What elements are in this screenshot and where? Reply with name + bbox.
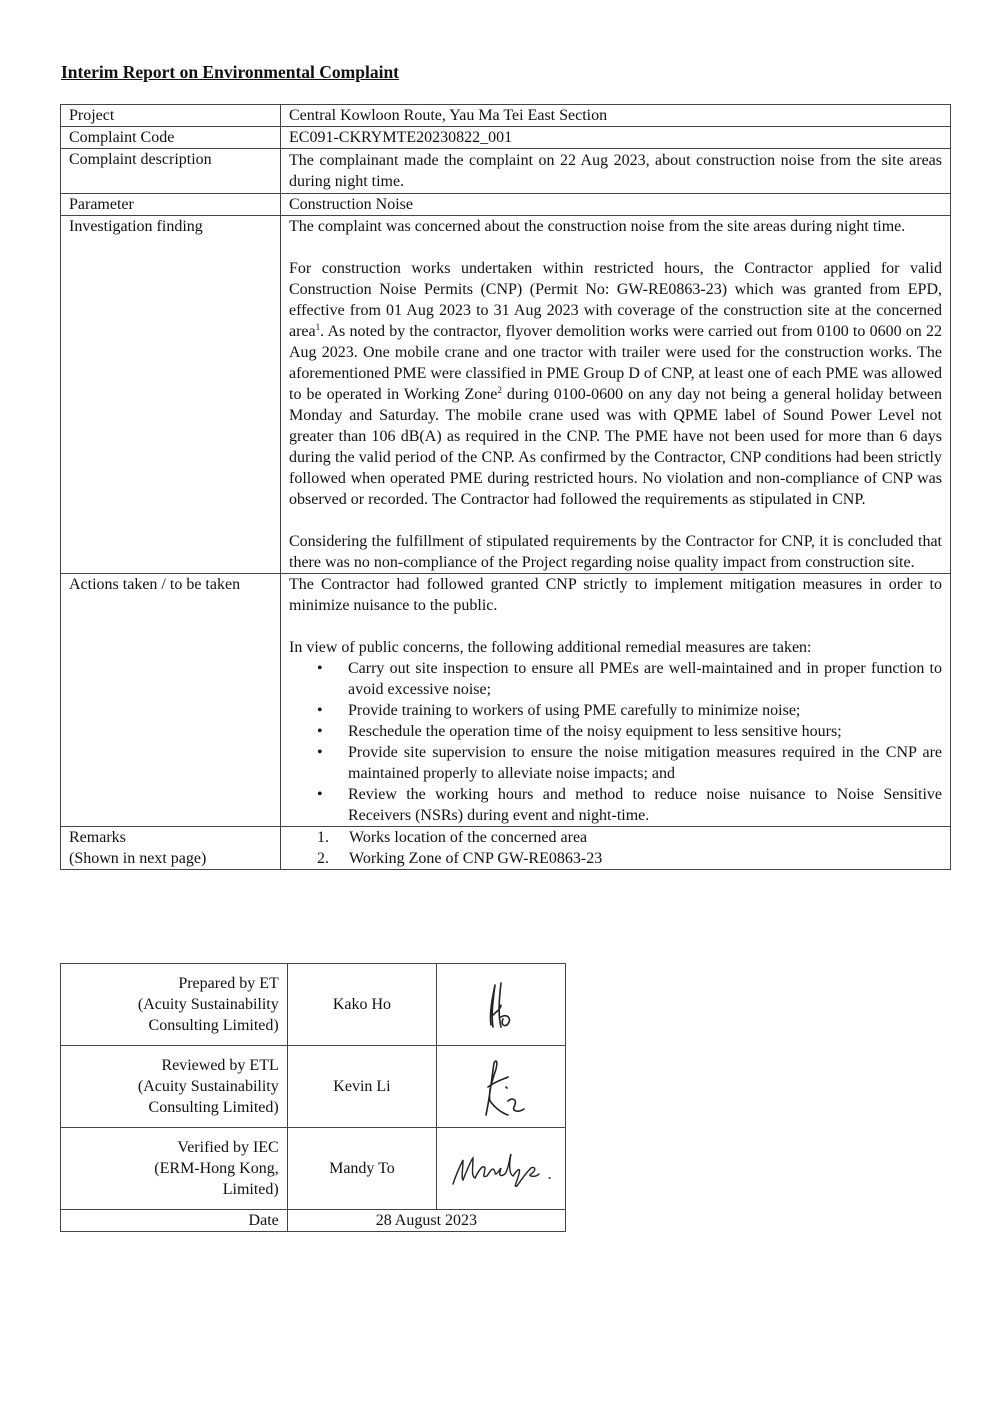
finding-paragraph-2: For construction works undertaken within… — [289, 258, 942, 510]
parameter-value: Construction Noise — [281, 194, 951, 216]
finding-paragraph-3: Considering the fulfillment of stipulate… — [289, 531, 942, 573]
signoff-name: Kako Ho — [287, 964, 436, 1046]
finding-text: during 0100-0600 on any day not being a … — [289, 386, 942, 508]
actions-paragraph-2: In view of public concerns, the followin… — [289, 637, 942, 658]
list-item: Carry out site inspection to ensure all … — [348, 658, 942, 700]
signoff-table: Prepared by ET (Acuity Sustainability Co… — [60, 963, 566, 1232]
complaint-description-label: Complaint description — [61, 149, 281, 194]
list-number: 1. — [317, 827, 329, 848]
role-line: (Acuity Sustainability — [69, 994, 279, 1015]
remarks-value: 1.Works location of the concerned area 2… — [281, 827, 951, 870]
list-item: 2.Working Zone of CNP GW-RE0863-23 — [349, 848, 942, 869]
investigation-finding-value: The complaint was concerned about the co… — [281, 216, 951, 574]
parameter-label: Parameter — [61, 194, 281, 216]
table-row-description: Complaint description The complainant ma… — [61, 149, 951, 194]
table-row-remarks: Remarks (Shown in next page) 1.Works loc… — [61, 827, 951, 870]
date-value: 28 August 2023 — [287, 1210, 565, 1232]
project-label: Project — [61, 105, 281, 127]
signoff-name: Kevin Li — [287, 1046, 436, 1128]
signature-icon — [437, 1128, 566, 1210]
complaint-code-label: Complaint Code — [61, 127, 281, 149]
signature-icon — [437, 1046, 566, 1128]
list-text: Works location of the concerned area — [349, 829, 587, 846]
list-item: Review the working hours and method to r… — [348, 784, 942, 826]
role-line: Limited) — [69, 1179, 279, 1200]
list-item: Provide training to workers of using PME… — [348, 700, 942, 721]
table-row-actions: Actions taken / to be taken The Contract… — [61, 574, 951, 827]
role-line: Verified by IEC — [69, 1137, 279, 1158]
role-line: Consulting Limited) — [69, 1097, 279, 1118]
signoff-row: Prepared by ET (Acuity Sustainability Co… — [61, 964, 566, 1046]
actions-value: The Contractor had followed granted CNP … — [281, 574, 951, 827]
signoff-role: Reviewed by ETL (Acuity Sustainability C… — [61, 1046, 288, 1128]
table-row-finding: Investigation finding The complaint was … — [61, 216, 951, 574]
role-line: (Acuity Sustainability — [69, 1076, 279, 1097]
complaint-description-value: The complainant made the complaint on 22… — [281, 149, 951, 194]
date-label: Date — [61, 1210, 288, 1232]
role-line: (ERM-Hong Kong, — [69, 1158, 279, 1179]
actions-paragraph-1: The Contractor had followed granted CNP … — [289, 574, 942, 616]
role-line: Prepared by ET — [69, 973, 279, 994]
remedial-measures-list: Carry out site inspection to ensure all … — [289, 658, 942, 826]
project-value: Central Kowloon Route, Yau Ma Tei East S… — [281, 105, 951, 127]
remarks-list: 1.Works location of the concerned area 2… — [289, 827, 942, 869]
table-row-parameter: Parameter Construction Noise — [61, 194, 951, 216]
list-item: Provide site supervision to ensure the n… — [348, 742, 942, 784]
complaint-code-value: EC091-CKRYMTE20230822_001 — [281, 127, 951, 149]
signoff-role: Prepared by ET (Acuity Sustainability Co… — [61, 964, 288, 1046]
role-line: Consulting Limited) — [69, 1015, 279, 1036]
remarks-label-line: (Shown in next page) — [69, 848, 272, 869]
report-title: Interim Report on Environmental Complain… — [61, 62, 399, 83]
list-text: Working Zone of CNP GW-RE0863-23 — [349, 850, 602, 867]
role-line: Reviewed by ETL — [69, 1055, 279, 1076]
signoff-row: Reviewed by ETL (Acuity Sustainability C… — [61, 1046, 566, 1128]
table-row-project: Project Central Kowloon Route, Yau Ma Te… — [61, 105, 951, 127]
list-number: 2. — [317, 848, 329, 869]
remarks-label: Remarks (Shown in next page) — [61, 827, 281, 870]
list-item: Reschedule the operation time of the noi… — [348, 721, 942, 742]
complaint-details-table: Project Central Kowloon Route, Yau Ma Te… — [60, 104, 951, 870]
signature-icon — [437, 964, 566, 1046]
remarks-label-line: Remarks — [69, 827, 272, 848]
table-row-code: Complaint Code EC091-CKRYMTE20230822_001 — [61, 127, 951, 149]
list-item: 1.Works location of the concerned area — [349, 827, 942, 848]
investigation-finding-label: Investigation finding — [61, 216, 281, 574]
finding-paragraph-1: The complaint was concerned about the co… — [289, 216, 942, 237]
date-row: Date 28 August 2023 — [61, 1210, 566, 1232]
signoff-name: Mandy To — [287, 1128, 436, 1210]
signoff-role: Verified by IEC (ERM-Hong Kong, Limited) — [61, 1128, 288, 1210]
actions-label: Actions taken / to be taken — [61, 574, 281, 827]
signoff-row: Verified by IEC (ERM-Hong Kong, Limited)… — [61, 1128, 566, 1210]
